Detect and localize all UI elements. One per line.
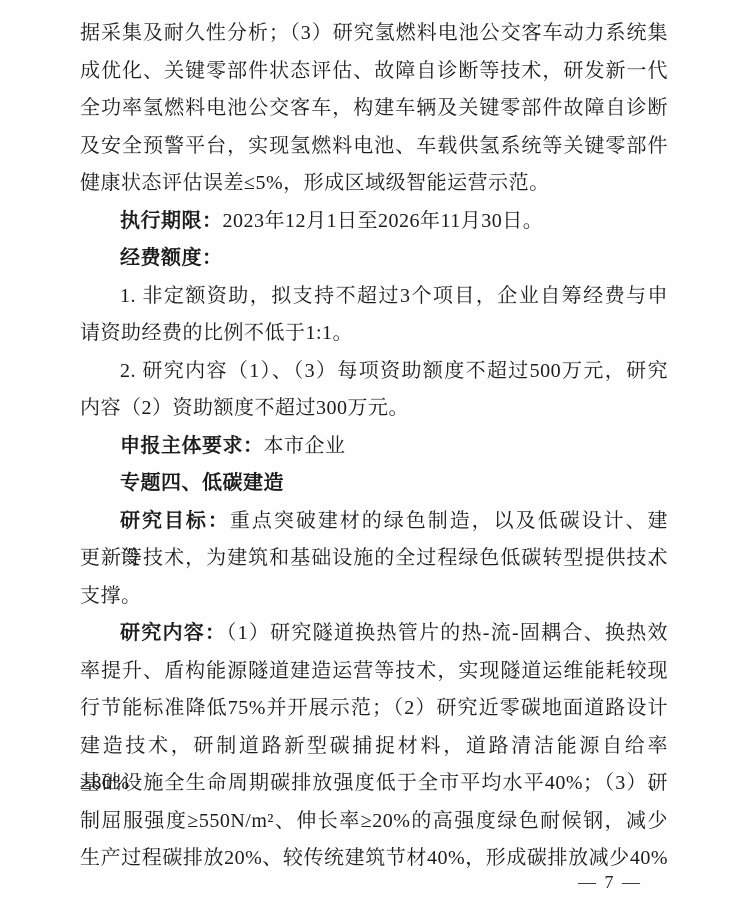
document-page: 据采集及耐久性分析；（3）研究氢燃料电池公交客车动力系统集 成优化、关键零部件状… (0, 0, 748, 914)
doc-line: 全功率氢燃料电池公交客车，构建车辆及关键零部件故障自诊断 (80, 90, 668, 128)
doc-line: 制屈服强度≥550N/m²、伸长率≥20%的高强度绿色耐候钢，减少 (80, 803, 668, 841)
doc-line-research-goal: 研究目标：重点突破建材的绿色制造，以及低碳设计、建设、 (80, 503, 668, 541)
doc-line: 成优化、关键零部件状态评估、故障自诊断等技术，研发新一代 (80, 53, 668, 91)
doc-line: 2. 研究内容（1）、（3）每项资助额度不超过500万元，研究 (80, 353, 668, 391)
doc-line: 及安全预警平台，实现氢燃料电池、车载供氢系统等关键零部件 (80, 128, 668, 166)
doc-line-execution-period: 执行期限：2023年12月1日至2026年11月30日。 (80, 203, 668, 241)
doc-line: 1. 非定额资助，拟支持不超过3个项目，企业自筹经费与申 (80, 278, 668, 316)
doc-line: 请资助经费的比例不低于1:1。 (80, 315, 668, 353)
topic-heading: 专题四、低碳建造 (120, 472, 284, 494)
doc-line: 支撑。 (80, 578, 668, 616)
doc-line: 建造技术，研制道路新型碳捕捉材料，道路清洁能源自给率≥80%、 (80, 728, 668, 766)
section-label: 研究目标： (120, 510, 230, 532)
doc-line: 健康状态评估误差≤5%，形成区域级智能运营示范。 (80, 165, 668, 203)
doc-line-research-content: 研究内容：（1）研究隧道换热管片的热-流-固耦合、换热效 (80, 615, 668, 653)
section-label: 研究内容： (120, 622, 226, 644)
doc-line: 行节能标准降低75%并开展示范；（2）研究近零碳地面道路设计 (80, 690, 668, 728)
section-label: 执行期限： (120, 210, 223, 232)
doc-line: 内容（2）资助额度不超过300万元。 (80, 390, 668, 428)
doc-line-topic4-heading: 专题四、低碳建造 (80, 465, 668, 503)
page-number: — 7 — (578, 872, 642, 893)
doc-line: 更新等技术，为建筑和基础设施的全过程绿色低碳转型提供技术 (80, 540, 668, 578)
section-value: （1）研究隧道换热管片的热-流-固耦合、换热效 (226, 622, 668, 644)
doc-line: 据采集及耐久性分析；（3）研究氢燃料电池公交客车动力系统集 (80, 15, 668, 53)
doc-line-funding-amount: 经费额度： (80, 240, 668, 278)
doc-line-applicant-requirement: 申报主体要求：本市企业 (80, 428, 668, 466)
section-label: 申报主体要求： (120, 435, 264, 457)
section-value: 本市企业 (264, 435, 346, 457)
section-label: 经费额度： (120, 247, 223, 269)
doc-line: 率提升、盾构能源隧道建造运营等技术，实现隧道运维能耗较现 (80, 653, 668, 691)
page-body: 据采集及耐久性分析；（3）研究氢燃料电池公交客车动力系统集 成优化、关键零部件状… (80, 15, 668, 878)
doc-line: 基础设施全生命周期碳排放强度低于全市平均水平40%；（3）研 (80, 765, 668, 803)
section-value: 2023年12月1日至2026年11月30日。 (223, 210, 544, 232)
